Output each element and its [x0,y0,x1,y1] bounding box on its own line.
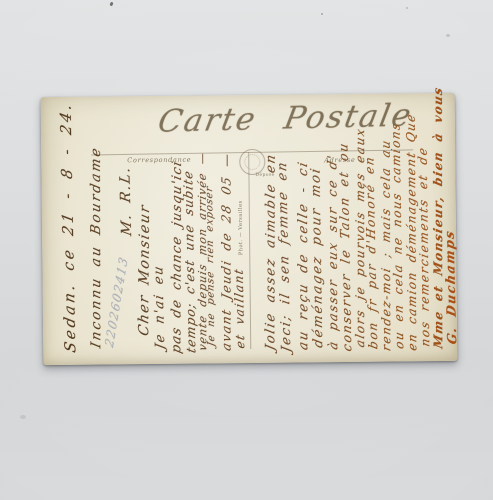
photo-background: Carte Postale Correspondance Adresse Dép… [0,0,493,500]
handwriting-line: Sedan. ce 21 - 8 - 24. [58,100,78,353]
handwriting-line: Je ne pense rien exposer [205,185,217,347]
dust-speck [446,34,450,37]
dust-speck [321,13,323,15]
handwriting-line: ou en cela ne nous camions [389,121,405,350]
handwriting-line: Inconnu au Bourdame [90,145,104,349]
handwriting-line: déménagez pour moi [309,166,325,349]
handwriting-line: et vaillant [233,267,247,350]
handwriting-line: Je n'ai eu [152,264,167,351]
postcard: Carte Postale Correspondance Adresse Dép… [41,93,458,365]
dust-speck [109,2,113,7]
dust-speck [406,7,408,9]
handwriting-line: G. Duchamps [443,229,458,346]
handwriting-layer: Sedan. ce 21 - 8 - 24.Inconnu au Bourdam… [41,93,458,365]
handwriting-line: M. R.L. [118,164,134,237]
handwriting-line: nos remerciements et de [416,145,431,347]
handwriting-line: bon fr par d'Honoré en [363,154,379,350]
handwriting-line: conserver le Talon et ou [337,141,354,353]
handwriting-line: Mme et Monsieur, bien à vous [432,85,444,349]
handwriting-line: 2202602413 [103,254,129,349]
handwriting-line: Cher Monsieur [137,203,152,337]
handwriting-line: Jeci; il sen femme en [276,160,293,353]
dust-speck [20,415,26,419]
handwriting-line: avant Jeudi de 28 05 — [220,151,233,352]
